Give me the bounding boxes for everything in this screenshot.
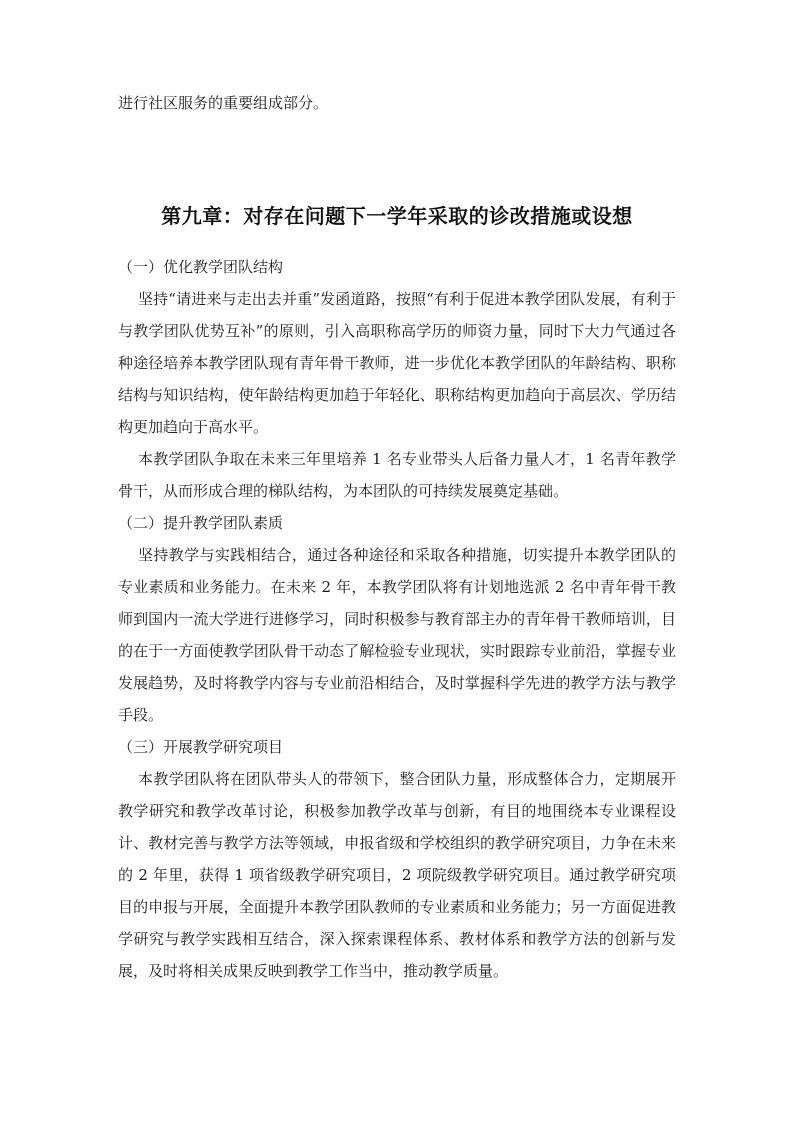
section-label-3: （三）开展教学研究项目 [118, 731, 676, 763]
chapter-title: 第九章：对存在问题下一学年采取的诊改措施或设想 [118, 202, 676, 230]
section-1-paragraph-2: 本教学团队争取在未来三年里培养 1 名专业带头人后备力量人才，1 名青年教学骨干… [118, 443, 676, 507]
section-2-paragraph-1: 坚持教学与实践相结合，通过各种途径和采取各种措施，切实提升本教学团队的专业素质和… [118, 539, 676, 731]
section-1-paragraph-1: 坚持“请进来与走出去并重”发函道路，按照“有利于促进本教学团队发展，有利于与教学… [118, 283, 676, 443]
section-label-1: （一）优化教学团队结构 [118, 251, 676, 283]
intro-paragraph: 进行社区服务的重要组成部分。 [118, 92, 676, 114]
section-label-2: （二）提升教学团队素质 [118, 507, 676, 539]
document-body: （一）优化教学团队结构 坚持“请进来与走出去并重”发函道路，按照“有利于促进本教… [118, 251, 676, 987]
section-3-paragraph-1: 本教学团队将在团队带头人的带领下，整合团队力量，形成整体合力，定期展开教学研究和… [118, 763, 676, 987]
document-page: 进行社区服务的重要组成部分。 第九章：对存在问题下一学年采取的诊改措施或设想 （… [0, 0, 793, 1122]
